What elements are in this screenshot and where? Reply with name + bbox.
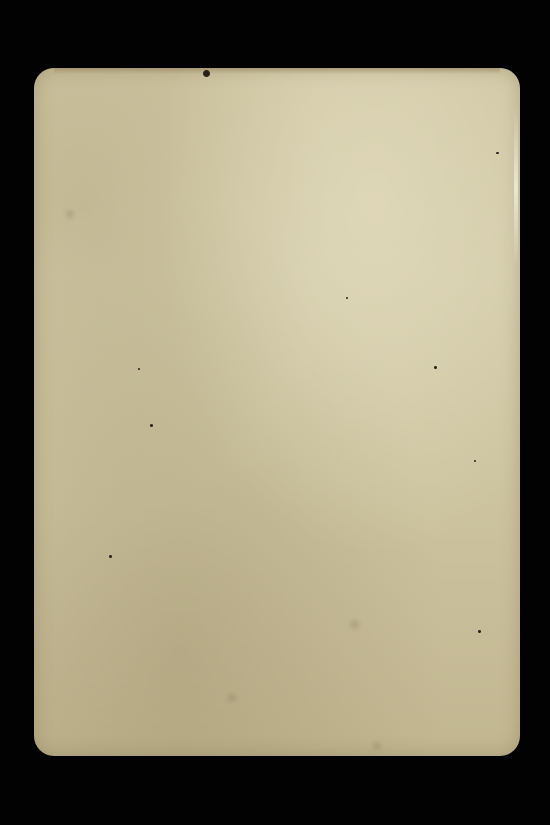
- speck: [109, 555, 112, 558]
- speck: [496, 152, 499, 154]
- stain: [66, 210, 74, 218]
- speck: [138, 368, 140, 370]
- speck: [346, 297, 348, 299]
- card-edge-highlight: [514, 108, 518, 268]
- photo-scene: [0, 0, 550, 825]
- speck: [474, 460, 476, 462]
- card-top-edge-stain: [54, 68, 500, 74]
- stain: [350, 620, 359, 629]
- speck: [478, 630, 481, 633]
- speck: [434, 366, 437, 369]
- speck: [150, 424, 153, 427]
- blank-card: [34, 68, 520, 756]
- stain: [228, 694, 236, 702]
- hole-mark: [203, 70, 210, 77]
- stain: [373, 742, 381, 750]
